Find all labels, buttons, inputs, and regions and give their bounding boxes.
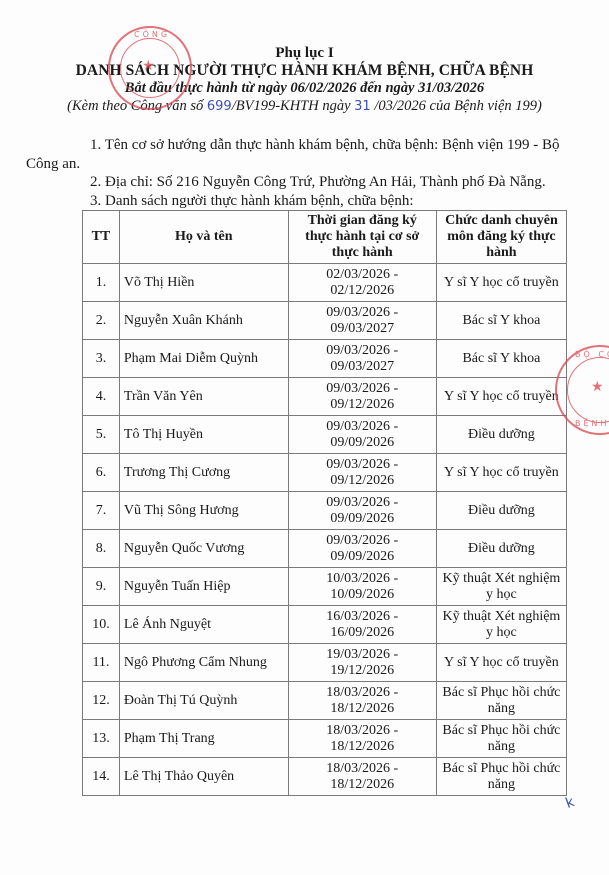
row-name: Trương Thị Cương — [119, 454, 288, 492]
row-index: 5. — [83, 416, 120, 454]
row-index: 9. — [83, 568, 120, 606]
row-index: 7. — [83, 492, 120, 530]
row-index: 2. — [83, 302, 120, 340]
table-row: 13.Phạm Thị Trang18/03/2026 - 18/12/2026… — [83, 720, 567, 758]
row-role: Y sĩ Y học cổ truyền — [436, 378, 566, 416]
table-row: 5.Tô Thị Huyền09/03/2026 - 09/09/2026Điề… — [83, 416, 567, 454]
row-name: Nguyễn Xuân Khánh — [119, 302, 288, 340]
row-period: 09/03/2026 - 09/12/2026 — [288, 378, 436, 416]
row-index: 3. — [83, 340, 120, 378]
row-role: Bác sĩ Phục hồi chức năng — [436, 758, 566, 796]
table-row: 12.Đoàn Thị Tú Quỳnh18/03/2026 - 18/12/2… — [83, 682, 567, 720]
document-page: Phụ lục I DANH SÁCH NGƯỜI THỰC HÀNH KHÁM… — [0, 0, 609, 875]
row-role: Bác sĩ Y khoa — [436, 340, 566, 378]
reference-line: (Kèm theo Công văn số 699/BV199-KHTH ngà… — [0, 97, 609, 116]
table-row: 8.Nguyễn Quốc Vương09/03/2026 - 09/09/20… — [83, 530, 567, 568]
row-period: 18/03/2026 - 18/12/2026 — [288, 758, 436, 796]
row-role: Kỹ thuật Xét nghiệm y học — [436, 606, 566, 644]
document-header: Phụ lục I DANH SÁCH NGƯỜI THỰC HÀNH KHÁM… — [0, 45, 609, 116]
row-name: Lê Thị Thảo Quyên — [119, 758, 288, 796]
row-period: 09/03/2026 - 09/09/2026 — [288, 416, 436, 454]
row-index: 8. — [83, 530, 120, 568]
row-role: Điều dưỡng — [436, 492, 566, 530]
row-period: 09/03/2026 - 09/12/2026 — [288, 454, 436, 492]
header-tt: TT — [83, 211, 120, 264]
row-name: Lê Ánh Nguyệt — [119, 606, 288, 644]
table-row: 9.Nguyễn Tuấn Hiệp10/03/2026 - 10/09/202… — [83, 568, 567, 606]
table-row: 6.Trương Thị Cương09/03/2026 - 09/12/202… — [83, 454, 567, 492]
row-index: 4. — [83, 378, 120, 416]
row-role: Bác sĩ Phục hồi chức năng — [436, 682, 566, 720]
reference-prefix: (Kèm theo Công văn số — [67, 98, 207, 114]
table-row: 10.Lê Ánh Nguyệt16/03/2026 - 16/09/2026K… — [83, 606, 567, 644]
row-name: Phạm Mai Diễm Quỳnh — [119, 340, 288, 378]
row-period: 19/03/2026 - 19/12/2026 — [288, 644, 436, 682]
row-name: Vũ Thị Sông Hương — [119, 492, 288, 530]
document-title: DANH SÁCH NGƯỜI THỰC HÀNH KHÁM BỆNH, CHỮ… — [0, 62, 609, 80]
item-address: 2. Địa chỉ: Số 216 Nguyễn Công Trứ, Phườ… — [26, 173, 566, 192]
header-name: Họ và tên — [119, 211, 288, 264]
row-period: 09/03/2026 - 09/03/2027 — [288, 302, 436, 340]
row-name: Phạm Thị Trang — [119, 720, 288, 758]
table-row: 11.Ngô Phương Cẩm Nhung19/03/2026 - 19/1… — [83, 644, 567, 682]
table-row: 1.Võ Thị Hiền02/03/2026 - 02/12/2026Y sĩ… — [83, 264, 567, 302]
row-period: 09/03/2026 - 09/09/2026 — [288, 492, 436, 530]
header-role: Chức danh chuyên môn đăng ký thực hành — [436, 211, 566, 264]
row-period: 18/03/2026 - 18/12/2026 — [288, 682, 436, 720]
row-name: Trần Văn Yên — [119, 378, 288, 416]
document-subtitle: Bắt đầu thực hành từ ngày 06/02/2026 đến… — [0, 80, 609, 97]
row-period: 16/03/2026 - 16/09/2026 — [288, 606, 436, 644]
row-index: 14. — [83, 758, 120, 796]
row-period: 18/03/2026 - 18/12/2026 — [288, 720, 436, 758]
practitioner-table: TT Họ và tên Thời gian đăng ký thực hành… — [82, 210, 567, 796]
row-role: Bác sĩ Phục hồi chức năng — [436, 720, 566, 758]
row-name: Đoàn Thị Tú Quỳnh — [119, 682, 288, 720]
row-role: Y sĩ Y học cổ truyền — [436, 264, 566, 302]
table-row: 4.Trần Văn Yên09/03/2026 - 09/12/2026Y s… — [83, 378, 567, 416]
table-row: 3.Phạm Mai Diễm Quỳnh09/03/2026 - 09/03/… — [83, 340, 567, 378]
row-index: 12. — [83, 682, 120, 720]
row-index: 11. — [83, 644, 120, 682]
reference-suffix: /03/2026 của Bệnh viện 199) — [371, 98, 542, 114]
row-index: 13. — [83, 720, 120, 758]
handwritten-number: 699 — [207, 99, 232, 114]
document-body: 1. Tên cơ sở hướng dẫn thực hành khám bệ… — [26, 136, 566, 210]
row-period: 09/03/2026 - 09/03/2027 — [288, 340, 436, 378]
row-name: Ngô Phương Cẩm Nhung — [119, 644, 288, 682]
row-role: Kỹ thuật Xét nghiệm y học — [436, 568, 566, 606]
row-name: Tô Thị Huyền — [119, 416, 288, 454]
row-role: Điều dưỡng — [436, 416, 566, 454]
row-period: 02/03/2026 - 02/12/2026 — [288, 264, 436, 302]
row-index: 1. — [83, 264, 120, 302]
header-period: Thời gian đăng ký thực hành tại cơ sở th… — [288, 211, 436, 264]
row-role: Điều dưỡng — [436, 530, 566, 568]
row-index: 10. — [83, 606, 120, 644]
row-role: Bác sĩ Y khoa — [436, 302, 566, 340]
signature-mark-icon: k — [564, 794, 577, 812]
row-name: Võ Thị Hiền — [119, 264, 288, 302]
row-role: Y sĩ Y học cổ truyền — [436, 644, 566, 682]
row-period: 10/03/2026 - 10/09/2026 — [288, 568, 436, 606]
item-facility: 1. Tên cơ sở hướng dẫn thực hành khám bệ… — [26, 136, 566, 173]
table-row: 2.Nguyễn Xuân Khánh09/03/2026 - 09/03/20… — [83, 302, 567, 340]
table-header-row: TT Họ và tên Thời gian đăng ký thực hành… — [83, 211, 567, 264]
row-index: 6. — [83, 454, 120, 492]
reference-middle: /BV199-KHTH ngày — [232, 98, 354, 114]
row-name: Nguyễn Tuấn Hiệp — [119, 568, 288, 606]
table-row: 7.Vũ Thị Sông Hương09/03/2026 - 09/09/20… — [83, 492, 567, 530]
row-period: 09/03/2026 - 09/09/2026 — [288, 530, 436, 568]
table-row: 14.Lê Thị Thảo Quyên18/03/2026 - 18/12/2… — [83, 758, 567, 796]
handwritten-day: 31 — [354, 99, 371, 114]
row-name: Nguyễn Quốc Vương — [119, 530, 288, 568]
item-list-intro: 3. Danh sách người thực hành khám bệnh, … — [26, 192, 566, 211]
appendix-label: Phụ lục I — [0, 45, 609, 62]
row-role: Y sĩ Y học cổ truyền — [436, 454, 566, 492]
